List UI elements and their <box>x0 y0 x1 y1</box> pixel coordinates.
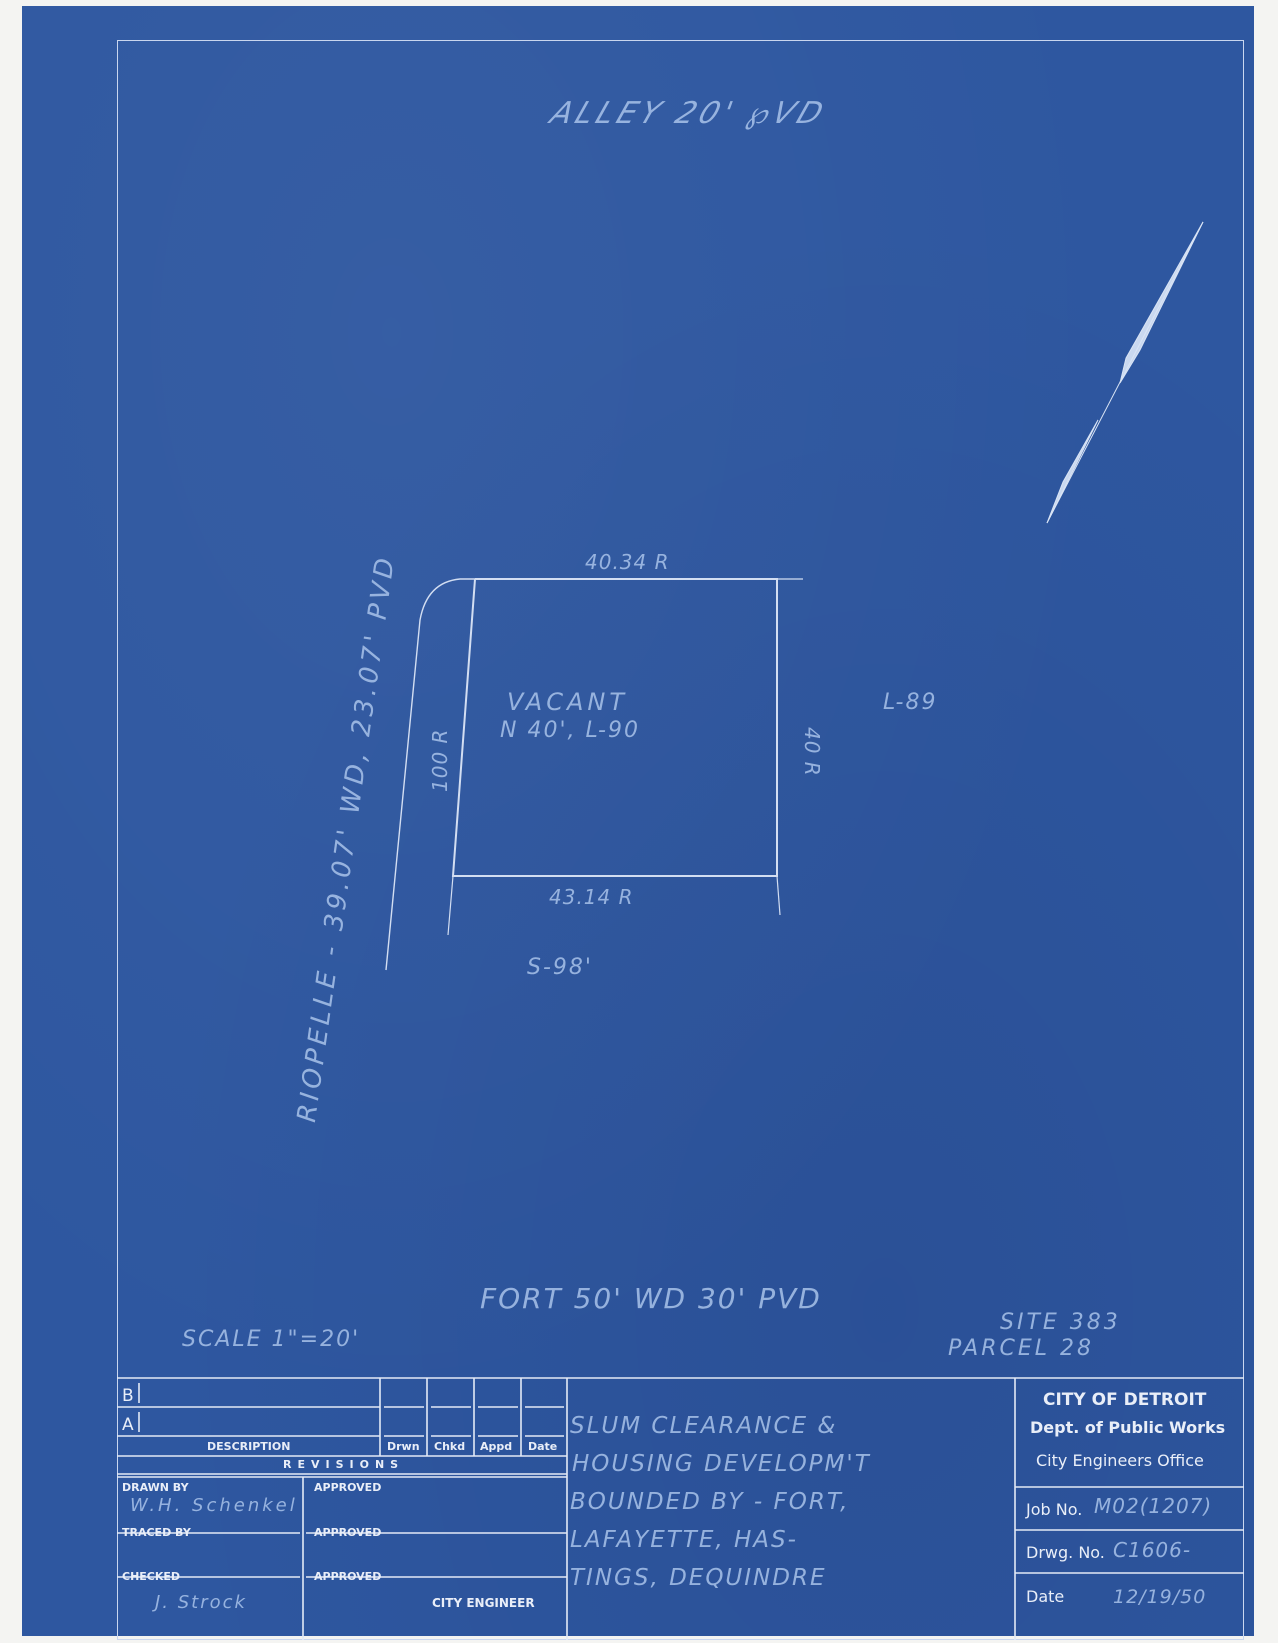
lot-top-dimension: 40.34 R <box>585 550 670 574</box>
east-lot-label: L-89 <box>883 690 937 715</box>
approved-label-2: APPROVED <box>314 1526 381 1539</box>
south-lot-label: S-98' <box>527 955 593 980</box>
date-label: Date <box>1026 1587 1064 1606</box>
agency-city: CITY OF DETROIT <box>1043 1390 1206 1410</box>
drawing-number-label: Drwg. No. <box>1026 1543 1105 1562</box>
parcel-label: PARCEL 28 <box>948 1336 1094 1361</box>
alley-label: ALLEY 20' ℘VD <box>546 96 832 131</box>
lot-left-dimension: 100 R <box>428 729 452 792</box>
revision-approved-header: Appd <box>480 1440 512 1453</box>
city-engineer-label: CITY ENGINEER <box>432 1596 535 1610</box>
project-line-4: LAFAYETTE, HAS- <box>570 1527 798 1553</box>
lot-bottom-dimension: 43.14 R <box>549 885 634 909</box>
project-line-1: SLUM CLEARANCE & <box>570 1413 837 1439</box>
revision-description-header: DESCRIPTION <box>207 1440 290 1453</box>
site-label: SITE 383 <box>1000 1310 1121 1335</box>
project-line-5: TINGS, DEQUINDRE <box>570 1565 826 1591</box>
approved-label-3: APPROVED <box>314 1570 381 1583</box>
project-line-2: HOUSING DEVELOPM'T <box>572 1451 871 1477</box>
north-arrow-icon <box>1047 222 1203 523</box>
drawn-by-label: DRAWN BY <box>122 1481 189 1494</box>
fort-street-label: FORT 50' WD 30' PVD <box>480 1282 822 1315</box>
job-number-value: M02(1207) <box>1094 1494 1212 1518</box>
lot-description-label: N 40', L-90 <box>500 718 640 743</box>
traced-by-label: TRACED BY <box>122 1526 191 1539</box>
checked-label: CHECKED <box>122 1570 180 1583</box>
scale-label: SCALE 1"=20' <box>182 1327 360 1352</box>
checked-signature: J. Strock <box>155 1592 247 1613</box>
drawn-by-signature: W.H. Schenkel <box>130 1495 298 1516</box>
revision-row-a: A <box>122 1415 134 1435</box>
drawing-number-value: C1606- <box>1113 1538 1191 1562</box>
revision-date-header: Date <box>528 1440 557 1453</box>
agency-department: Dept. of Public Works <box>1030 1418 1225 1437</box>
revision-drawn-header: Drwn <box>387 1440 420 1453</box>
revisions-heading: REVISIONS <box>283 1458 404 1471</box>
revision-checked-header: Chkd <box>434 1440 465 1453</box>
job-number-label: Job No. <box>1026 1500 1082 1519</box>
agency-office: City Engineers Office <box>1036 1451 1204 1470</box>
project-line-3: BOUNDED BY - FORT, <box>570 1489 849 1515</box>
revision-row-b: B <box>122 1386 134 1406</box>
lot-right-dimension: 40 R <box>800 727 824 777</box>
approved-label-1: APPROVED <box>314 1481 381 1494</box>
date-value: 12/19/50 <box>1113 1586 1206 1608</box>
lot-status-label: VACANT <box>507 688 628 716</box>
